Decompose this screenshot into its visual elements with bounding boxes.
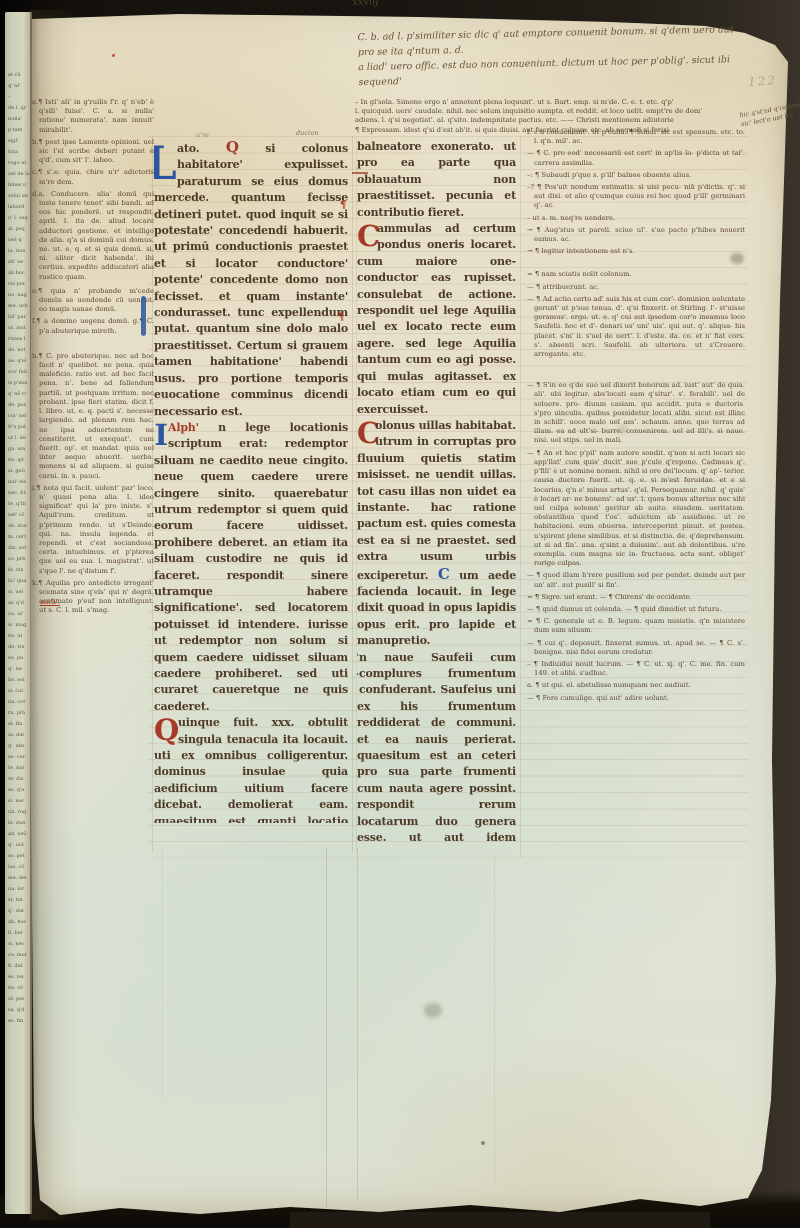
right-gloss-column: f. c'n conueniunt'. ut p'culia. ¶ Simul'…: [527, 128, 745, 854]
gloss-paragraph: → ¶ legitur intentionem est n's.: [527, 247, 745, 256]
initial-Q-inline: Q: [226, 139, 239, 156]
segment-text: n lege locationis scriptum erat: redempt…: [154, 421, 348, 713]
gloss-paragraph: → ¶ Aug'stus ut paroli. sciue ul'. s'ue …: [527, 226, 745, 244]
segment-text: n naue Saufeii cum complures frumentum c…: [357, 651, 516, 841]
gloss-paragraph: –? ¶ Pos'uit nondum estimatis. si uisi p…: [527, 183, 745, 211]
gloss-paragraph: = ¶ C. generale ut e. B. legum. quam mis…: [527, 617, 745, 635]
book-foredge: [290, 1212, 710, 1228]
segment-text: uinque fuit. xxx. obtulit singula tenacu…: [154, 716, 348, 823]
left-gloss-column: a.¶ Isti' ali' in g'ruilis f'r. q' n'eb'…: [32, 98, 154, 850]
gloss-paragraph: — ¶ quid damus ut colenda. — ¶ quid dimi…: [527, 605, 745, 614]
segment-text: olonus uillas habitabat. utrum in corrup…: [357, 419, 516, 582]
pilcrow-mark: ¶: [338, 312, 344, 323]
folio-number: 122: [748, 73, 778, 89]
manuscript-photo: et cū q' nl' – de l. qr nulla' p'tam sig…: [0, 0, 800, 1228]
segment-text: si colonus habitatore' expulisset. parat…: [154, 142, 348, 418]
rubric-word: Alph': [168, 421, 199, 434]
gloss-paragraph: — ¶ C. pro eod' necessariū est cert' in …: [527, 149, 745, 167]
text-segment: I n naue Saufeii cum complures frumentum…: [357, 650, 516, 841]
interline-note: u're: [196, 131, 209, 139]
stain: [481, 1141, 485, 1145]
red-ink-dot: [112, 54, 115, 57]
gloss-paragraph: — ¶ S'in eo q'de suo uel dixerit bonorum…: [527, 381, 745, 445]
interline-note: ducton: [296, 129, 319, 137]
gloss-paragraph: – ¶ Indiuidui nouit lucrum. — ¶ C. ut. x…: [527, 660, 745, 678]
gloss-paragraph: a. ¶ ut qui. el. abstulisse numquam nec …: [527, 681, 745, 690]
gloss-paragraph: b.¶ post ipse Lamente opinioni. uel sic …: [32, 138, 154, 166]
ruling-line-lower: [326, 848, 327, 1208]
segment-text: ammulas ad certum pondus oneris locaret.…: [357, 222, 516, 415]
initial-I: I: [154, 420, 168, 452]
gloss-paragraph: — ¶ attribuerunt. ac.: [527, 283, 745, 292]
ruling-line-lower: [494, 855, 495, 1185]
gloss-paragraph: h.¶ C. pro abuterique. nec ad hoc facit …: [32, 352, 154, 481]
gloss-paragraph: –: ¶ Subaudi p'que s. p'ill' balnee obue…: [527, 171, 745, 180]
text-segment: Q uinque fuit. xxx. obtulit singula tena…: [154, 715, 348, 823]
gloss-paragraph: d.a. Conducere. alia' domū qui iuste ten…: [32, 190, 154, 282]
gloss-paragraph: – ut s. m. neq're uendere.: [527, 214, 745, 223]
stain: [424, 1003, 442, 1018]
text-column-1: Lato. Q si colonus habitatore' expulisse…: [154, 139, 348, 823]
facing-page-sliver: et cū q' nl' – de l. qr nulla' p'tam sig…: [5, 12, 32, 1214]
gloss-paragraph: e.¶ quia n' probande m'cede domūs se uen…: [32, 287, 154, 315]
stain: [730, 253, 744, 264]
text-column-2: balneatore exonerato. ut pro ea parte qu…: [357, 139, 516, 841]
ruling-line-lower: [357, 848, 358, 1200]
gloss-paragraph: — ¶ Fore cumulige. qui aut' adire uolunt…: [527, 694, 745, 703]
initial-C: C: [357, 418, 375, 450]
gloss-paragraph: — ¶ Ad actio certo ad' suis his et cum c…: [527, 295, 745, 359]
text-segment: C olonus uillas habitabat. utrum in corr…: [357, 418, 516, 650]
text-segment: C ammulas ad certum pondus oneris locare…: [357, 221, 516, 418]
initial-C-inline: C: [438, 565, 450, 583]
initial-Q: Q: [154, 715, 178, 747]
column-ruling-line: [352, 136, 353, 852]
gloss-paragraph: f. c'n conueniunt'. ut p'culia. ¶ Simul'…: [527, 128, 745, 146]
red-underline-mark: [352, 172, 368, 174]
gloss-paragraph: = ¶ Sigre. uel erant. — ¶ Chirens' de oc…: [527, 593, 745, 602]
gloss-paragraph: i.¶ nota qui facit. uident' par' loco. n…: [32, 484, 154, 576]
gloss-paragraph: = ¶ nam sciatis nolit colonum.: [527, 270, 745, 279]
text-segment: Alph' I n lege locationis scriptum erat:…: [154, 420, 348, 715]
text-segment: balneatore exonerato. ut pro ea parte qu…: [357, 139, 516, 221]
gloss-paragraph: — ¶ cui q'. deposuit. finxerat sumus. ut…: [527, 639, 745, 657]
ruling-line-lower: [162, 848, 163, 1098]
pilcrow-mark: ¶: [340, 200, 346, 211]
gloss-paragraph: — ¶ quod illam h'rere pusillum sed per p…: [527, 571, 745, 589]
stain: [618, 425, 628, 433]
marginal-flourish: [141, 296, 146, 336]
gloss-paragraph: c.¶ s'.e. quia. chire n'r' adictoris m'r…: [32, 168, 154, 186]
gloss-paragraph: a.¶ Isti' ali' in g'ruilis f'r. q' n'eb'…: [32, 98, 154, 135]
initial-L: L: [154, 139, 177, 189]
segment-text: balneatore exonerato. ut pro ea parte qu…: [357, 140, 516, 219]
facing-page-text: et cū q' nl' – de l. qr nulla' p'tam sig…: [8, 70, 32, 1027]
column-ruling-line: [520, 136, 521, 858]
gloss-paragraph: — ¶ An et hoc p'pil' nam autore sondit. …: [527, 449, 745, 569]
text-segment: Lato. Q si colonus habitatore' expulisse…: [154, 139, 348, 420]
initial-C: C: [357, 221, 377, 253]
top-annotation: C. b. ad l. p'similiter sic dic q' aut e…: [357, 22, 750, 90]
red-gloss-word: mich'.: [40, 598, 60, 606]
gloss-paragraph: f.¶ a domino uegens domū. g.¶ C. p'a abu…: [32, 317, 154, 335]
